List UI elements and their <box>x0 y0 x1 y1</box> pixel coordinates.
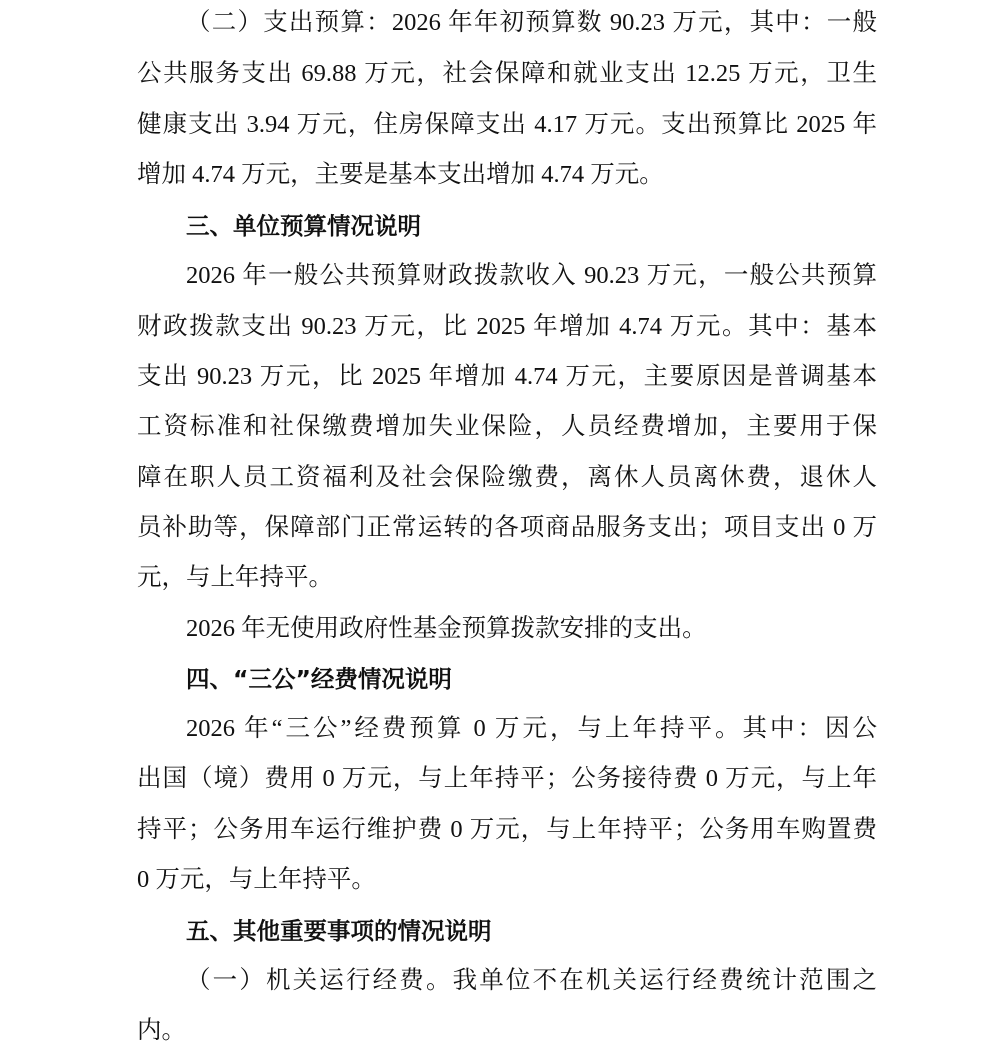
paragraph-line: 健康支出 3.94 万元，住房保障支出 4.17 万元。支出预算比 2025 年 <box>137 100 877 150</box>
paragraph-line: 工资标准和社保缴费增加失业保险，人员经费增加，主要用于保 <box>137 402 877 452</box>
paragraph-line: 2026 年无使用政府性基金预算拨款安排的支出。 <box>186 604 877 654</box>
paragraph-line: 2026 年“三公”经费预算 0 万元，与上年持平。其中：因公 <box>186 704 877 754</box>
paragraph-line: 员补助等，保障部门正常运转的各项商品服务支出；项目支出 0 万 <box>137 503 877 553</box>
paragraph-line: 出国（境）费用 0 万元，与上年持平；公务接待费 0 万元，与上年 <box>137 754 877 804</box>
section-heading: 三、单位预算情况说明 <box>186 201 877 251</box>
paragraph-line: 0 万元，与上年持平。 <box>137 855 877 905</box>
section-heading: 五、其他重要事项的情况说明 <box>186 906 877 956</box>
section-heading: 四、“三公”经费情况说明 <box>186 654 877 704</box>
paragraph-line: 2026 年一般公共预算财政拨款收入 90.23 万元，一般公共预算 <box>186 251 877 301</box>
paragraph-line: 持平；公务用车运行维护费 0 万元，与上年持平；公务用车购置费 <box>137 805 877 855</box>
paragraph-line: 公共服务支出 69.88 万元，社会保障和就业支出 12.25 万元，卫生 <box>137 49 877 99</box>
paragraph-line: （一）机关运行经费。我单位不在机关运行经费统计范围之 <box>186 956 877 1006</box>
paragraph-line: 支出 90.23 万元，比 2025 年增加 4.74 万元，主要原因是普调基本 <box>137 352 877 402</box>
paragraph-line: 元，与上年持平。 <box>137 553 877 603</box>
paragraph-line: 内。 <box>137 1006 877 1053</box>
paragraph-line: 财政拨款支出 90.23 万元，比 2025 年增加 4.74 万元。其中：基本 <box>137 302 877 352</box>
paragraph-line: 增加 4.74 万元，主要是基本支出增加 4.74 万元。 <box>137 150 877 200</box>
paragraph-line: 障在职人员工资福利及社会保险缴费，离休人员离休费，退休人 <box>137 453 877 503</box>
paragraph-line: （二）支出预算：2026 年年初预算数 90.23 万元，其中：一般 <box>186 0 877 48</box>
